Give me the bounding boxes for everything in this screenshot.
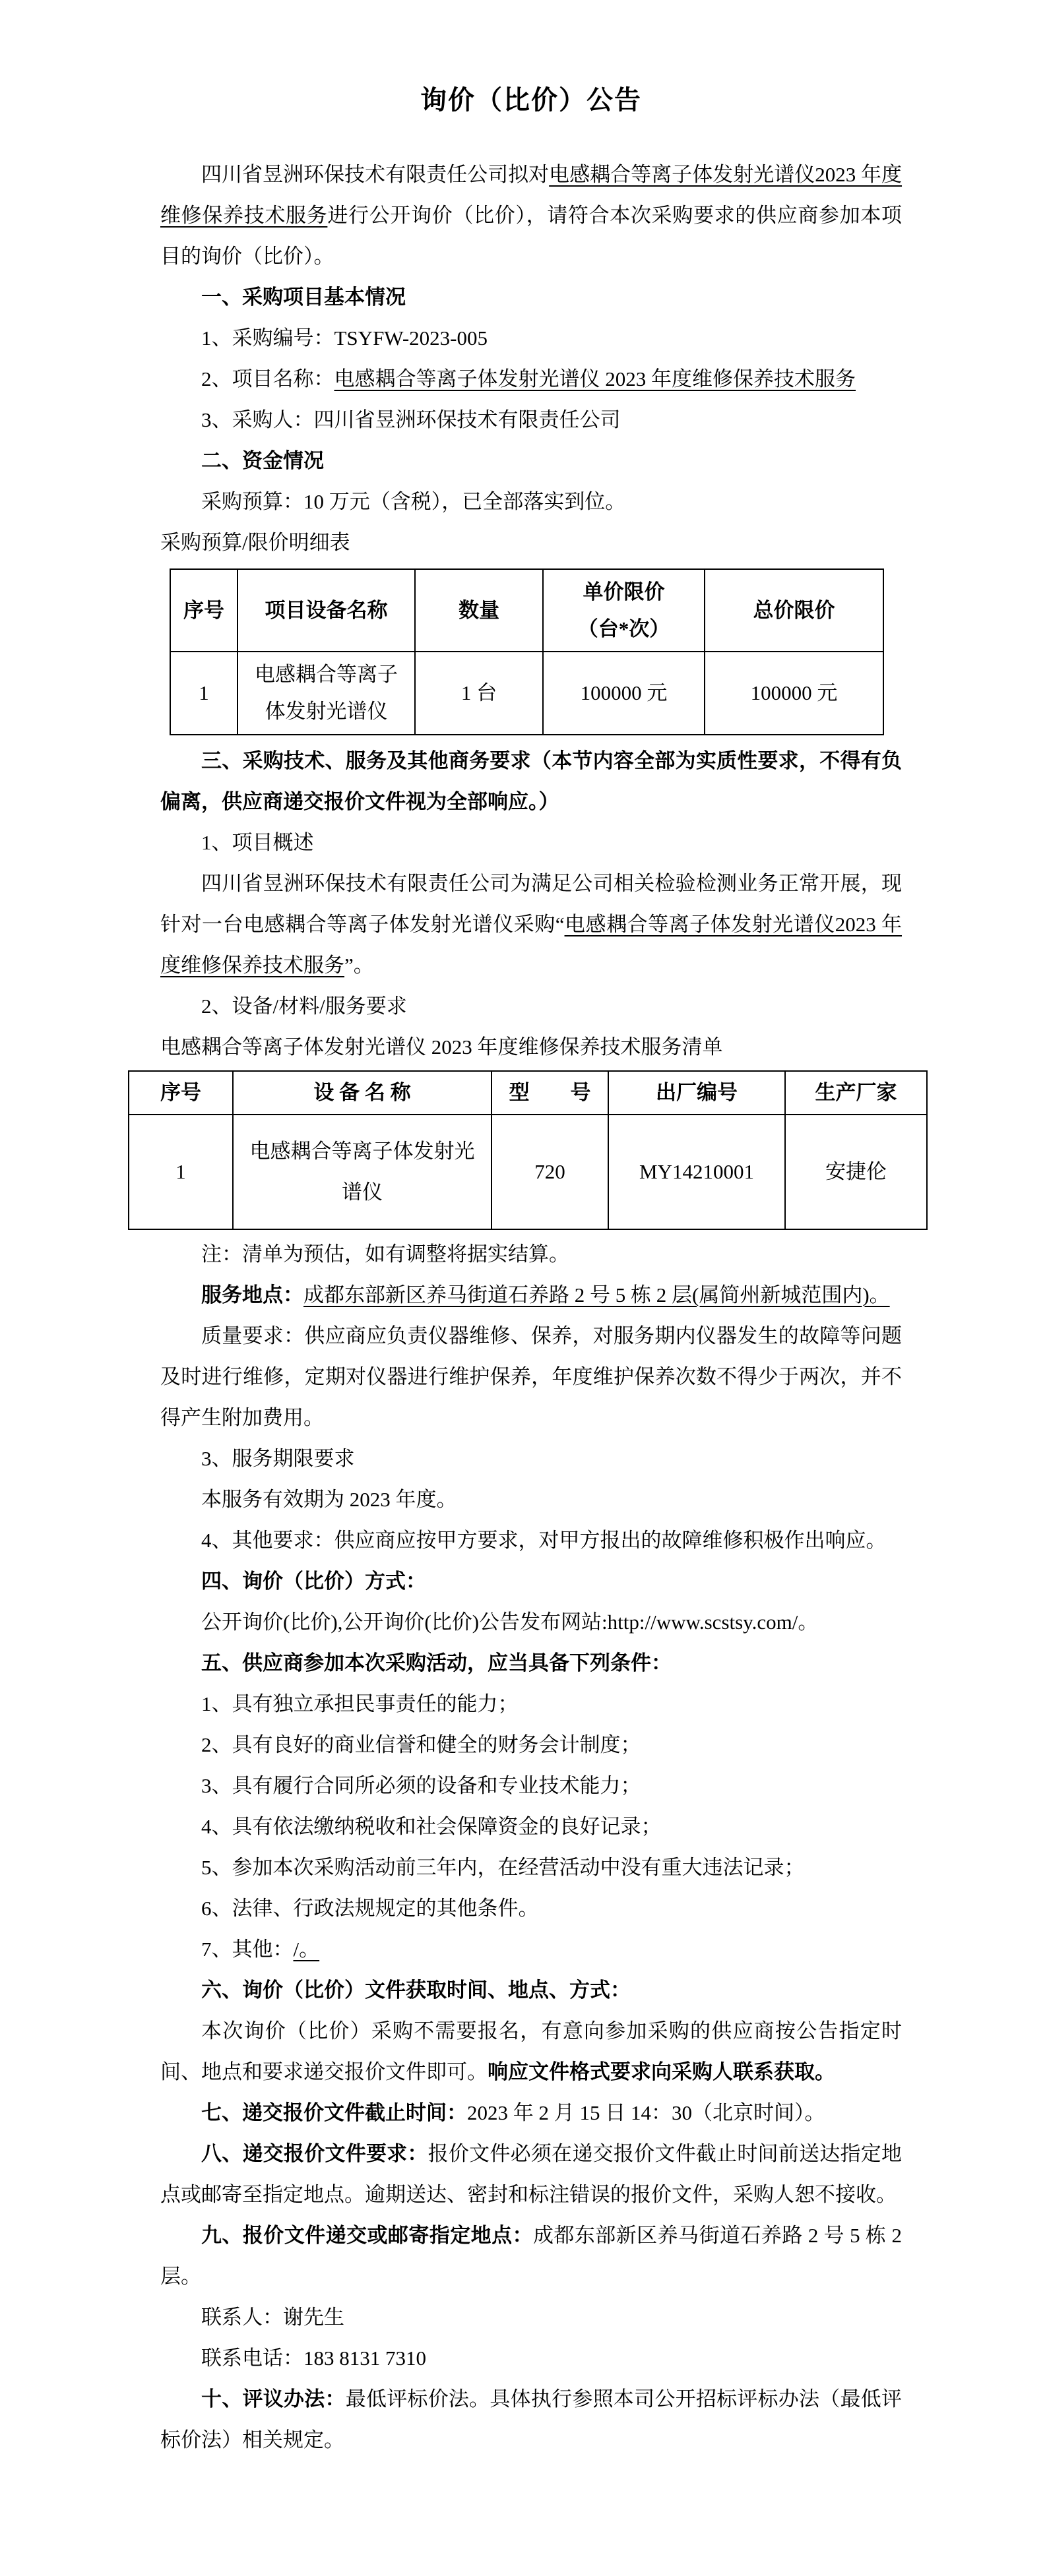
text-run: 5、参加本次采购活动前三年内，在经营活动中没有重大违法记录；	[201, 1856, 805, 1879]
table-cell: 720	[492, 1115, 608, 1229]
text-run: 三、采购技术、服务及其他商务要求（本节内容全部为实质性要求，不得有负偏离，供应商…	[160, 749, 902, 813]
intro-paragraph: 四川省昱洲环保技术有限责任公司拟对电感耦合等离子体发射光谱仪2023 年度维修保…	[160, 154, 902, 277]
text-run: 2、具有良好的商业信誉和健全的财务会计制度；	[201, 1733, 641, 1756]
section-1-heading: 一、采购项目基本情况	[160, 277, 902, 318]
text-run: 服务地点：	[201, 1283, 303, 1306]
section-3-heading: 三、采购技术、服务及其他商务要求（本节内容全部为实质性要求，不得有负偏离，供应商…	[160, 741, 902, 822]
table-header-row: 序号项目设备名称数量单价限价 （台*次）总价限价	[170, 569, 883, 652]
budget-line: 采购预算：10 万元（含税），已全部落实到位。	[160, 481, 902, 522]
service-term-line: 本服务有效期为 2023 年度。	[160, 1479, 902, 1520]
purchaser-line: 3、采购人：四川省昱洲环保技术有限责任公司	[160, 400, 902, 441]
text-run: 四川省昱洲环保技术有限责任公司拟对	[201, 163, 549, 186]
column-header: 出厂编号	[608, 1071, 785, 1115]
table-header-row: 序号设 备 名 称型 号出厂编号生产厂家	[129, 1071, 927, 1115]
budget-table-caption: 采购预算/限价明细表	[160, 522, 902, 563]
services-table: 序号设 备 名 称型 号出厂编号生产厂家1电感耦合等离子体发射光谱仪720MY1…	[128, 1070, 928, 1230]
inquiry-method-line: 公开询价(比价),公开询价(比价)公告发布网站:http://www.scsts…	[160, 1602, 902, 1643]
text-run: 7、其他：	[201, 1938, 294, 1961]
condition-item-4: 4、具有依法缴纳税收和社会保障资金的良好记录；	[160, 1806, 902, 1847]
table-cell: 1	[129, 1115, 233, 1229]
other-condition-value: /。	[294, 1938, 320, 1961]
condition-item-6: 6、法律、行政法规规定的其他条件。	[160, 1888, 902, 1929]
column-header: 序号	[129, 1071, 233, 1115]
document-page: 询价（比价）公告四川省昱洲环保技术有限责任公司拟对电感耦合等离子体发射光谱仪20…	[0, 0, 1047, 2576]
column-header: 单价限价 （台*次）	[543, 569, 705, 652]
text-run: 。	[798, 1610, 818, 1634]
services-table-caption: 电感耦合等离子体发射光谱仪 2023 年度维修保养技术服务清单	[160, 1027, 902, 1068]
table-row: 1电感耦合等离子体发射光谱仪720MY14210001安捷伦	[129, 1115, 927, 1229]
item-service-term: 3、服务期限要求	[160, 1438, 902, 1479]
text-run: 九、报价文件递交或邮寄指定地点：	[201, 2224, 533, 2247]
quality-requirements-paragraph: 质量要求：供应商应负责仪器维修、保养，对服务期内仪器发生的故障等问题及时进行维修…	[160, 1316, 902, 1438]
table-cell: MY14210001	[608, 1115, 785, 1229]
text-run: 2、项目名称：	[201, 367, 334, 390]
text-run: 四、询价（比价）方式：	[201, 1570, 426, 1593]
text-run: 响应文件格式要求向采购人联系获取。	[488, 2060, 835, 2083]
project-name-value: 电感耦合等离子体发射光谱仪 2023 年度维修保养技术服务	[334, 367, 856, 390]
service-location-value: 成都东部新区养马街道石养路 2 号 5 栋 2 层(属简州新城范围内)。	[303, 1283, 890, 1306]
text-run: 3、具有履行合同所必须的设备和专业技术能力；	[201, 1774, 641, 1797]
item-other-requirements: 4、其他要求：供应商应按甲方要求，对甲方报出的故障维修积极作出响应。	[160, 1520, 902, 1561]
column-header: 生产厂家	[785, 1071, 927, 1115]
column-header: 数量	[415, 569, 543, 652]
section-7-deadline: 七、递交报价文件截止时间：2023 年 2 月 15 日 14：30（北京时间）…	[160, 2093, 902, 2133]
text-run: 4、具有依法缴纳税收和社会保障资金的良好记录；	[201, 1815, 662, 1838]
text-run: 询价（比价）公告	[420, 85, 642, 115]
note-line: 注：清单为预估，如有调整将据实结算。	[160, 1234, 902, 1275]
section-5-heading: 五、供应商参加本次采购活动，应当具备下列条件：	[160, 1643, 902, 1684]
item-project-overview: 1、项目概述	[160, 822, 902, 863]
table-row: 1电感耦合等离子体发射光谱仪1 台100000 元100000 元	[170, 652, 883, 735]
section-9-location: 九、报价文件递交或邮寄指定地点：成都东部新区养马街道石养路 2 号 5 栋 2 …	[160, 2215, 902, 2297]
column-header: 总价限价	[705, 569, 883, 652]
column-header: 设 备 名 称	[233, 1071, 492, 1115]
table-cell: 1	[170, 652, 238, 735]
text-run: ”。	[344, 954, 374, 977]
text-run: 电感耦合等离子体发射光谱仪 2023 年度维修保养技术服务清单	[160, 1035, 723, 1058]
condition-item-7: 7、其他：/。	[160, 1929, 902, 1970]
condition-item-2: 2、具有良好的商业信誉和健全的财务会计制度；	[160, 1725, 902, 1765]
project-name-line: 2、项目名称：电感耦合等离子体发射光谱仪 2023 年度维修保养技术服务	[160, 359, 902, 400]
condition-item-3: 3、具有履行合同所必须的设备和专业技术能力；	[160, 1765, 902, 1806]
page-title: 询价（比价）公告	[160, 84, 902, 116]
text-run: 七、递交报价文件截止时间：	[201, 2101, 467, 2124]
section-6-heading: 六、询价（比价）文件获取时间、地点、方式：	[160, 1970, 902, 2011]
section-4-heading: 四、询价（比价）方式：	[160, 1561, 902, 1602]
purchaser-value: 3、采购人：四川省昱洲环保技术有限责任公司	[201, 408, 621, 431]
text-run: 3、服务期限要求	[201, 1447, 355, 1470]
contact-person-line: 联系人：谢先生	[160, 2297, 902, 2338]
text-run: 采购预算/限价明细表	[160, 531, 350, 554]
text-run: 质量要求：供应商应负责仪器维修、保养，对服务期内仪器发生的故障等问题及时进行维修…	[160, 1324, 902, 1429]
table-cell: 电感耦合等离子体发射光谱仪	[238, 652, 415, 735]
purchase-number: 1、采购编号：TSYFW-2023-005	[201, 326, 488, 350]
contact-person: 联系人：谢先生	[201, 2306, 344, 2329]
purchase-number-line: 1、采购编号：TSYFW-2023-005	[160, 318, 902, 359]
announcement-url: http://www.scstsy.com/	[608, 1610, 798, 1634]
table-cell: 100000 元	[705, 652, 883, 735]
table-cell: 电感耦合等离子体发射光谱仪	[233, 1115, 492, 1229]
column-header: 序号	[170, 569, 238, 652]
text-run: 注：清单为预估，如有调整将据实结算。	[201, 1242, 569, 1266]
text-run: 4、其他要求：供应商应按甲方要求，对甲方报出的故障维修积极作出响应。	[201, 1529, 887, 1552]
text-run: 八、递交报价文件要求：	[201, 2142, 428, 2165]
budget-table: 序号项目设备名称数量单价限价 （台*次）总价限价1电感耦合等离子体发射光谱仪1 …	[170, 568, 884, 735]
text-run: 二、资金情况	[201, 449, 324, 472]
condition-item-1: 1、具有独立承担民事责任的能力；	[160, 1684, 902, 1725]
column-header: 项目设备名称	[238, 569, 415, 652]
contact-phone-line: 联系电话：183 8131 7310	[160, 2338, 902, 2379]
text-run: 六、询价（比价）文件获取时间、地点、方式：	[201, 1978, 631, 2002]
item-equipment-requirements: 2、设备/材料/服务要求	[160, 986, 902, 1027]
table-cell: 1 台	[415, 652, 543, 735]
section-10-evaluation: 十、评议办法：最低评标价法。具体执行参照本司公开招标评标办法（最低评标价法）相关…	[160, 2379, 902, 2461]
document-obtain-paragraph: 本次询价（比价）采购不需要报名，有意向参加采购的供应商按公告指定时间、地点和要求…	[160, 2011, 902, 2093]
text-run: 五、供应商参加本次采购活动，应当具备下列条件：	[201, 1651, 672, 1674]
text-run: 1、具有独立承担民事责任的能力；	[201, 1692, 519, 1715]
text-run: 十、评议办法：	[201, 2387, 346, 2410]
service-location-line: 服务地点：成都东部新区养马街道石养路 2 号 5 栋 2 层(属简州新城范围内)…	[160, 1275, 902, 1316]
section-8-requirements: 八、递交报价文件要求：报价文件必须在递交报价文件截止时间前送达指定地点或邮寄至指…	[160, 2133, 902, 2215]
deadline-value: 2023 年 2 月 15 日 14：30（北京时间）。	[467, 2101, 825, 2124]
budget-value: 采购预算：10 万元（含税），已全部落实到位。	[201, 490, 625, 513]
section-2-heading: 二、资金情况	[160, 441, 902, 481]
table-cell: 100000 元	[543, 652, 705, 735]
text-run: 本服务有效期为 2023 年度。	[201, 1488, 457, 1511]
table-cell: 安捷伦	[785, 1115, 927, 1229]
text-run: 1、项目概述	[201, 831, 314, 854]
contact-phone: 联系电话：183 8131 7310	[201, 2346, 426, 2370]
text-run: 一、采购项目基本情况	[201, 286, 406, 309]
project-overview-paragraph: 四川省昱洲环保技术有限责任公司为满足公司相关检验检测业务正常开展，现针对一台电感…	[160, 863, 902, 986]
text-run: 6、法律、行政法规规定的其他条件。	[201, 1897, 539, 1920]
text-run: 2、设备/材料/服务要求	[201, 995, 407, 1018]
column-header: 型 号	[492, 1071, 608, 1115]
text-run: 公开询价(比价),公开询价(比价)公告发布网站:	[201, 1610, 608, 1634]
condition-item-5: 5、参加本次采购活动前三年内，在经营活动中没有重大违法记录；	[160, 1847, 902, 1888]
